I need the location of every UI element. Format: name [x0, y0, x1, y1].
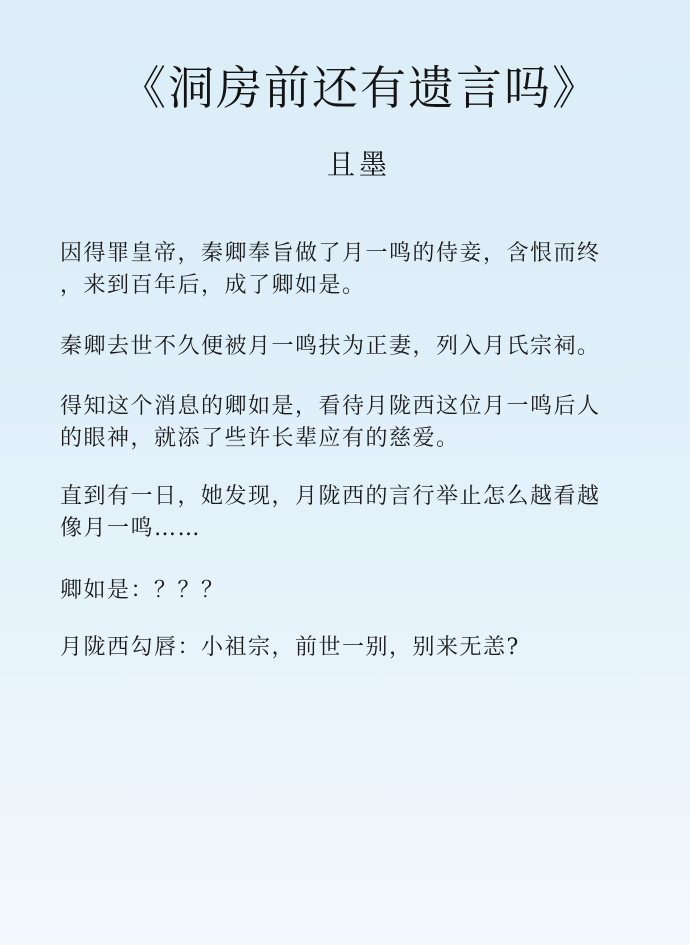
- paragraph-line: 的眼神，就添了些许长辈应有的慈爱。: [60, 423, 660, 455]
- paragraph-line: 秦卿去世不久便被月一鸣扶为正妻，列入月氏宗祠。: [60, 331, 660, 363]
- synopsis-paragraph-6: 月陇西勾唇：小祖宗，前世一别，别来无恙?: [60, 632, 660, 664]
- synopsis-paragraph-4: 直到有一日，她发现，月陇西的言行举止怎么越看越 像月一鸣……: [60, 481, 660, 545]
- book-synopsis-page: 《洞房前还有遗言吗》 且墨 因得罪皇帝，秦卿奉旨做了月一鸣的侍妾，含恨而终 ，来…: [0, 0, 690, 945]
- paragraph-line: 得知这个消息的卿如是，看待月陇西这位月一鸣后人: [60, 391, 660, 423]
- paragraph-line: 卿如是：？？？: [60, 575, 660, 607]
- paragraph-line: 因得罪皇帝，秦卿奉旨做了月一鸣的侍妾，含恨而终: [60, 238, 660, 270]
- author-name: 且墨: [0, 146, 690, 184]
- synopsis-paragraph-1: 因得罪皇帝，秦卿奉旨做了月一鸣的侍妾，含恨而终 ，来到百年后，成了卿如是。: [60, 238, 660, 302]
- synopsis-paragraph-5: 卿如是：？？？: [60, 575, 660, 607]
- book-title: 《洞房前还有遗言吗》: [0, 58, 690, 118]
- paragraph-line: 直到有一日，她发现，月陇西的言行举止怎么越看越: [60, 481, 660, 513]
- synopsis-paragraph-2: 秦卿去世不久便被月一鸣扶为正妻，列入月氏宗祠。: [60, 331, 660, 363]
- synopsis-paragraph-3: 得知这个消息的卿如是，看待月陇西这位月一鸣后人 的眼神，就添了些许长辈应有的慈爱…: [60, 391, 660, 455]
- paragraph-line: 月陇西勾唇：小祖宗，前世一别，别来无恙?: [60, 632, 660, 664]
- paragraph-line: 像月一鸣……: [60, 513, 660, 545]
- paragraph-line: ，来到百年后，成了卿如是。: [60, 270, 660, 302]
